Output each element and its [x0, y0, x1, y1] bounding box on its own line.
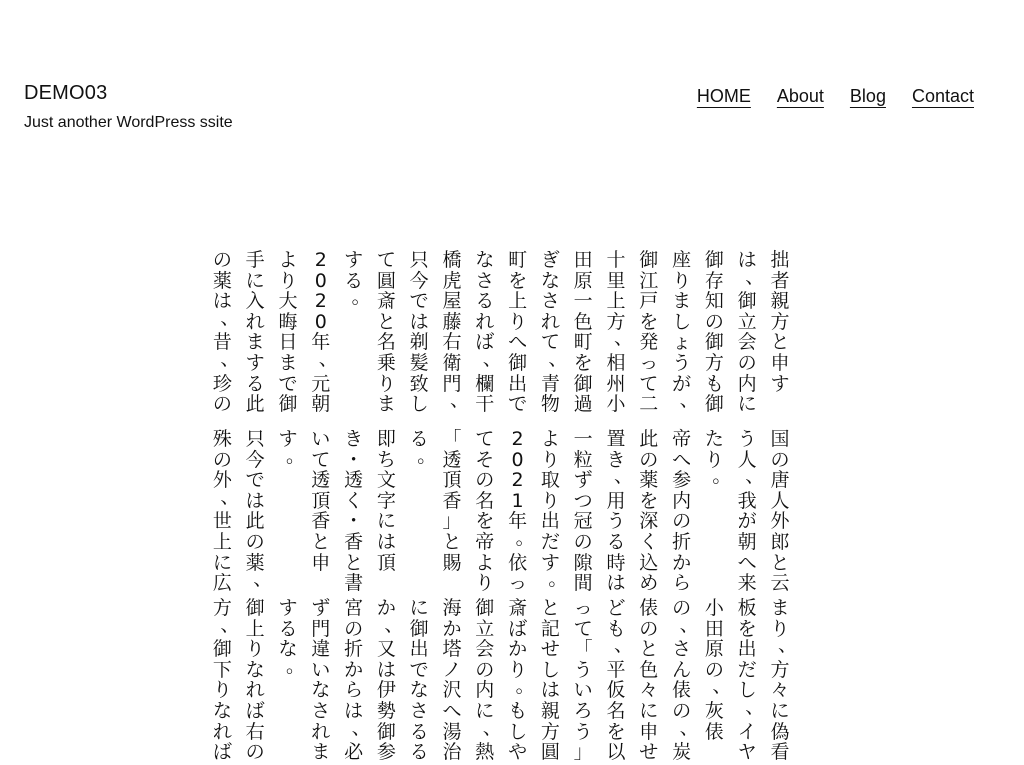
text-line: ず門違いなされま — [309, 598, 333, 763]
text-line: の薬は、昔、珍の — [210, 250, 234, 415]
text-line: き・透く・香と書 — [342, 429, 366, 594]
text-line: 即ち文字には頂 — [374, 429, 398, 573]
text-line: 十里上方、相州小 — [604, 250, 628, 415]
text-line: 斎ばかり。もしや — [506, 598, 530, 763]
text-line: 町を上りへ御出で — [506, 250, 530, 415]
text-line: て圓斎と名乗りま — [374, 250, 398, 415]
text-line: 帝へ参内の折から — [670, 429, 694, 594]
text-line: 御上りなれば右の — [243, 598, 267, 763]
text-line: 2021年。依っ — [506, 429, 530, 594]
text-line: う人、我が朝へ来 — [735, 429, 759, 594]
text-line: 拙者親方と申す — [768, 250, 792, 394]
text-line: の、さん俵の、炭 — [670, 598, 694, 763]
text-line: って「ういろう」 — [571, 598, 595, 763]
text-line: 御立会の内に、熱 — [473, 598, 497, 763]
text-line: 俵のと色々に申せ — [637, 598, 661, 763]
text-line: 手に入れまする此 — [243, 250, 267, 415]
text-line: 橋虎屋藤右衛門、 — [440, 250, 464, 415]
text-line: いて透頂香と申 — [309, 429, 333, 573]
text-line: 方、御下りなれば — [210, 598, 234, 763]
text-line: たり。 — [702, 429, 726, 491]
text-line: 小田原の、灰俵 — [702, 598, 726, 742]
text-line: 国の唐人外郎と云 — [768, 429, 792, 594]
text-line: 御存知の御方も御 — [702, 250, 726, 415]
text-line: する。 — [342, 250, 366, 312]
text-line: 只今では此の薬、 — [243, 429, 267, 594]
text-line: より大晦日まで御 — [276, 250, 300, 415]
text-line: 海か塔ノ沢へ湯治 — [440, 598, 464, 763]
text-line: す。 — [276, 429, 300, 470]
text-line: る。 — [407, 429, 431, 470]
text-line: 座りましょうが、 — [670, 250, 694, 415]
text-line: 宮の折からは、必 — [342, 598, 366, 763]
text-line: てその名を帝より — [473, 429, 497, 594]
text-line: か、又は伊勢御参 — [374, 598, 398, 763]
text-line: するな。 — [276, 598, 300, 680]
article-content: 拙者親方と申すは、御立会の内に御存知の御方も御座りましょうが、御江戸を発って二十… — [0, 0, 1024, 765]
text-line: 田原一色町を御過 — [571, 250, 595, 415]
text-line: は、御立会の内に — [735, 250, 759, 415]
text-line: 2020年、元朝 — [309, 250, 333, 415]
text-line: ぎなされて、青物 — [538, 250, 562, 415]
text-line: ども、平仮名を以 — [604, 598, 628, 763]
text-line: 板を出だし、イヤ — [735, 598, 759, 763]
text-line: より取り出だす。 — [538, 429, 562, 594]
text-line: に御出でなさるる — [407, 598, 431, 763]
text-line: 一粒ずつ冠の隙間 — [571, 429, 595, 594]
text-line: 此の薬を深く込め — [637, 429, 661, 594]
text-line: 只今では剃髪致し — [407, 250, 431, 415]
text-line: 置き、用うる時は — [604, 429, 628, 594]
text-line: 殊の外、世上に広 — [210, 429, 234, 594]
text-line: 御江戸を発って二 — [637, 250, 661, 415]
text-line: と記せしは親方圓 — [538, 598, 562, 763]
text-line: 「透頂香」と賜 — [440, 429, 464, 573]
text-line: なさるれば、欄干 — [473, 250, 497, 415]
text-line: まり、方々に偽看 — [768, 598, 792, 763]
